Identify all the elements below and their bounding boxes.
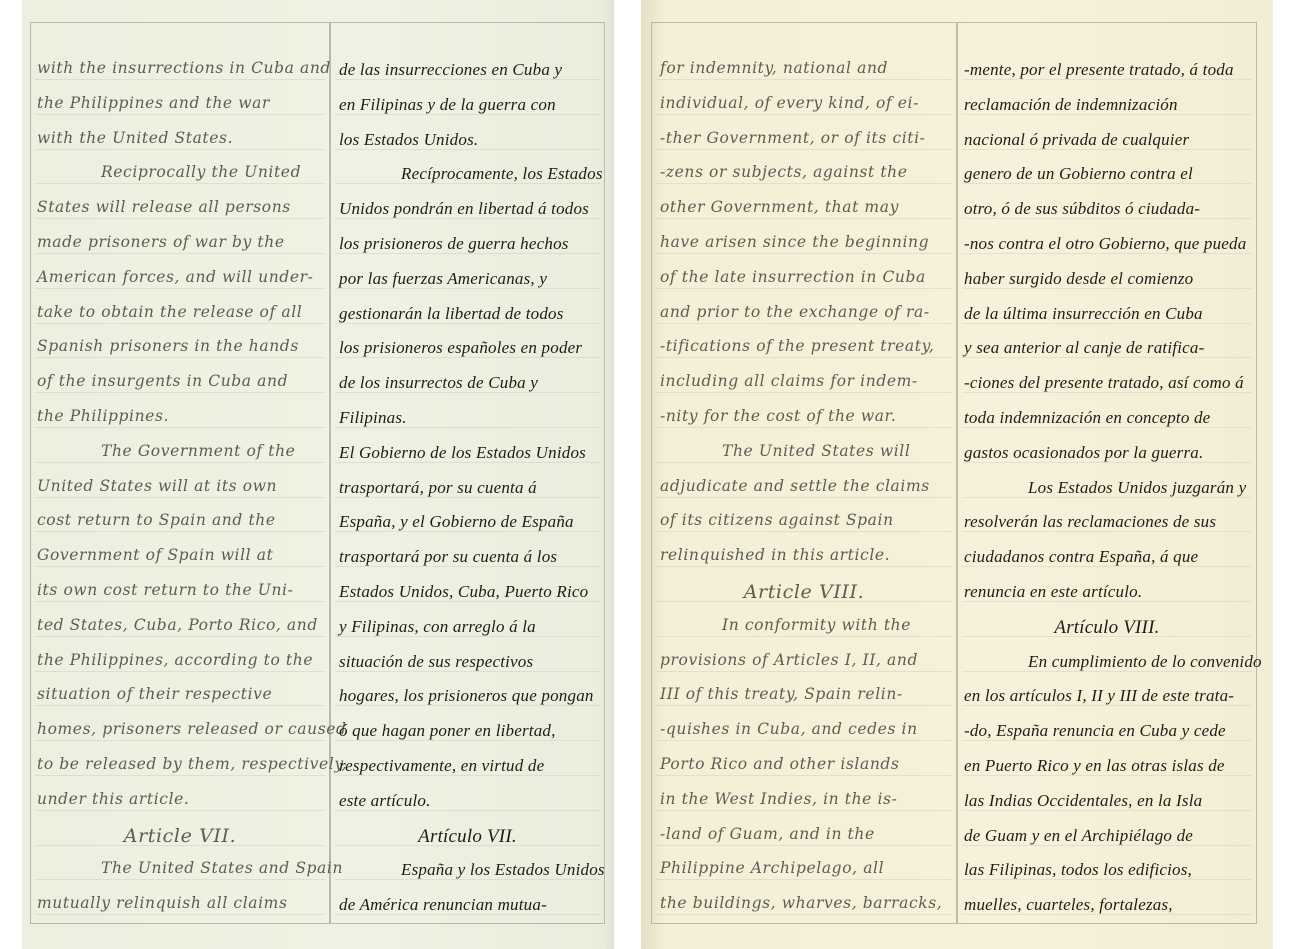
ruled-line <box>35 288 325 289</box>
manuscript-line: under this article. <box>31 792 329 808</box>
manuscript-line: en los artículos I, II y III de este tra… <box>958 687 1256 704</box>
manuscript-line: muelles, cuarteles, fortalezas, <box>958 896 1256 913</box>
manuscript-line: adjudicate and settle the claims <box>652 479 956 495</box>
ruled-line <box>335 566 600 567</box>
manuscript-line: -nity for the cost of the war. <box>652 409 956 425</box>
manuscript-line: In conformity with the <box>652 618 956 634</box>
manuscript-line: -nos contra el otro Gobierno, que pueda <box>958 235 1256 252</box>
manuscript-line: have arisen since the beginning <box>652 235 956 251</box>
right-english-column: for indemnity, national andindividual, o… <box>651 22 957 924</box>
ruled-line <box>962 601 1252 602</box>
article-heading: Artículo VII. <box>331 827 604 846</box>
ruled-line <box>656 914 952 915</box>
manuscript-line: Porto Rico and other islands <box>652 757 956 773</box>
ruled-line <box>962 357 1252 358</box>
manuscript-line: trasportará por su cuenta á los <box>331 548 604 565</box>
article-heading: Article VII. <box>31 827 329 846</box>
manuscript-line: -tifications of the present treaty, <box>652 339 956 355</box>
ruled-line <box>335 427 600 428</box>
manuscript-line: gestionarán la libertad de todos <box>331 305 604 322</box>
ruled-line <box>335 810 600 811</box>
ruled-line <box>35 114 325 115</box>
manuscript-line: las Indias Occidentales, en la Isla <box>958 792 1256 809</box>
manuscript-line: in the West Indies, in the is- <box>652 792 956 808</box>
ruled-line <box>335 497 600 498</box>
ruled-line <box>962 253 1252 254</box>
ruled-line <box>335 253 600 254</box>
manuscript-line: including all claims for indem- <box>652 374 956 390</box>
ruled-line <box>962 462 1252 463</box>
left-spanish-column: de las insurrecciones en Cuba yen Filipi… <box>330 22 605 924</box>
ruled-line <box>335 79 600 80</box>
manuscript-line: nacional ó privada de cualquier <box>958 131 1256 148</box>
manuscript-line: en Puerto Rico y en las otras islas de <box>958 757 1256 774</box>
manuscript-line: toda indemnización en concepto de <box>958 409 1256 426</box>
manuscript-line: III of this treaty, Spain relin- <box>652 687 956 703</box>
manuscript-line: -mente, por el presente tratado, á toda <box>958 61 1256 78</box>
manuscript-line: Government of Spain will at <box>31 548 329 564</box>
manuscript-line: por las fuerzas Americanas, y <box>331 270 604 287</box>
manuscript-line: trasportará, por su cuenta á <box>331 479 604 496</box>
ruled-line <box>656 462 952 463</box>
manuscript-line: with the insurrections in Cuba and <box>31 61 329 77</box>
manuscript-line: homes, prisoners released or caused <box>31 722 329 738</box>
ruled-line <box>656 323 952 324</box>
manuscript-line: United States will at its own <box>31 479 329 495</box>
manuscript-line: States will release all persons <box>31 200 329 216</box>
manuscript-line: The Government of the <box>31 444 329 460</box>
manuscript-line: the buildings, wharves, barracks, <box>652 896 956 912</box>
manuscript-line: the Philippines. <box>31 409 329 425</box>
ruled-line <box>962 845 1252 846</box>
manuscript-line: to be released by them, respectively, <box>31 757 329 773</box>
ruled-line <box>962 427 1252 428</box>
manuscript-line: El Gobierno de los Estados Unidos <box>331 444 604 461</box>
manuscript-line: haber surgido desde el comienzo <box>958 270 1256 287</box>
ruled-line <box>335 879 600 880</box>
ruled-line <box>35 914 325 915</box>
ruled-line <box>656 775 952 776</box>
ruled-line <box>656 392 952 393</box>
ruled-line <box>335 531 600 532</box>
manuscript-line: -zens or subjects, against the <box>652 165 956 181</box>
ruled-line <box>35 183 325 184</box>
manuscript-line: and prior to the exchange of ra- <box>652 305 956 321</box>
manuscript-line: -quishes in Cuba, and cedes in <box>652 722 956 738</box>
manuscript-line: Philippine Archipelago, all <box>652 861 956 877</box>
manuscript-line: take to obtain the release of all <box>31 305 329 321</box>
ruled-line <box>335 462 600 463</box>
ruled-line <box>35 601 325 602</box>
manuscript-line: The United States will <box>652 444 956 460</box>
ruled-line <box>35 740 325 741</box>
ruled-line <box>35 149 325 150</box>
ruled-line <box>962 531 1252 532</box>
article-heading: Artículo VIII. <box>958 618 1256 637</box>
manuscript-line: de América renuncian mutua- <box>331 896 604 913</box>
ruled-line <box>962 79 1252 80</box>
ruled-line <box>656 427 952 428</box>
ruled-line <box>962 740 1252 741</box>
ruled-line <box>35 497 325 498</box>
manuscript-line: resolverán las reclamaciones de sus <box>958 513 1256 530</box>
manuscript-line: for indemnity, national and <box>652 61 956 77</box>
manuscript-line: mutually relinquish all claims <box>31 896 329 912</box>
ruled-line <box>35 636 325 637</box>
manuscript-line: los prisioneros de guerra hechos <box>331 235 604 252</box>
manuscript-line: American forces, and will under- <box>31 270 329 286</box>
article-heading: Article VIII. <box>652 583 956 602</box>
ruled-line <box>656 879 952 880</box>
manuscript-line: de Guam y en el Archipiélago de <box>958 827 1256 844</box>
manuscript-line: individual, of every kind, of ei- <box>652 96 956 112</box>
manuscript-line: made prisoners of war by the <box>31 235 329 251</box>
ruled-line <box>335 392 600 393</box>
manuscript-line: the Philippines, according to the <box>31 653 329 669</box>
ruled-line <box>335 183 600 184</box>
ruled-line <box>962 497 1252 498</box>
manuscript-line: the Philippines and the war <box>31 96 329 112</box>
manuscript-line: Unidos pondrán en libertad á todos <box>331 200 604 217</box>
manuscript-line: other Government, that may <box>652 200 956 216</box>
manuscript-line: reclamación de indemnización <box>958 96 1256 113</box>
manuscript-line: España, y el Gobierno de España <box>331 513 604 530</box>
manuscript-line: situación de sus respectivos <box>331 653 604 670</box>
manuscript-line: España y los Estados Unidos <box>331 861 604 878</box>
ruled-line <box>656 566 952 567</box>
ruled-line <box>35 392 325 393</box>
manuscript-line: y sea anterior al canje de ratifica- <box>958 339 1256 356</box>
ruled-line <box>656 114 952 115</box>
manuscript-line: y Filipinas, con arreglo á la <box>331 618 604 635</box>
ruled-line <box>335 114 600 115</box>
manuscript-line: situation of their respective <box>31 687 329 703</box>
manuscript-line: of the late insurrection in Cuba <box>652 270 956 286</box>
ruled-line <box>35 357 325 358</box>
manuscript-line: genero de un Gobierno contra el <box>958 165 1256 182</box>
ruled-line <box>35 705 325 706</box>
ruled-line <box>35 810 325 811</box>
manuscript-line: Filipinas. <box>331 409 604 426</box>
ruled-line <box>35 671 325 672</box>
ruled-line <box>35 462 325 463</box>
manuscript-line: en Filipinas y de la guerra con <box>331 96 604 113</box>
manuscript-line: los Estados Unidos. <box>331 131 604 148</box>
ruled-line <box>335 288 600 289</box>
ruled-line <box>335 636 600 637</box>
manuscript-line: hogares, los prisioneros que pongan <box>331 687 604 704</box>
ruled-line <box>962 218 1252 219</box>
ruled-line <box>962 392 1252 393</box>
ruled-line <box>335 671 600 672</box>
manuscript-line: En cumplimiento de lo convenido <box>958 653 1256 670</box>
ruled-line <box>35 218 325 219</box>
ruled-line <box>962 566 1252 567</box>
ruled-line <box>35 323 325 324</box>
manuscript-line: ted States, Cuba, Porto Rico, and <box>31 618 329 634</box>
manuscript-line: los prisioneros españoles en poder <box>331 339 604 356</box>
manuscript-line: Reciprocally the United <box>31 165 329 181</box>
ruled-line <box>335 601 600 602</box>
manuscript-line: las Filipinas, todos los edificios, <box>958 861 1256 878</box>
ruled-line <box>656 357 952 358</box>
ruled-line <box>656 636 952 637</box>
manuscript-line: -ther Government, or of its citi- <box>652 131 956 147</box>
ruled-line <box>35 775 325 776</box>
ruled-line <box>962 671 1252 672</box>
ruled-line <box>962 705 1252 706</box>
manuscript-line: renuncia en este artículo. <box>958 583 1256 600</box>
ruled-line <box>335 357 600 358</box>
manuscript-line: de los insurrectos de Cuba y <box>331 374 604 391</box>
left-manuscript-page: with the insurrections in Cuba andthe Ph… <box>22 0 614 949</box>
ruled-line <box>656 497 952 498</box>
ruled-line <box>962 810 1252 811</box>
ruled-line <box>656 740 952 741</box>
manuscript-line: respectivamente, en virtud de <box>331 757 604 774</box>
manuscript-line: de la última insurrección en Cuba <box>958 305 1256 322</box>
ruled-line <box>962 323 1252 324</box>
ruled-line <box>656 79 952 80</box>
ruled-line <box>656 253 952 254</box>
manuscript-line: -land of Guam, and in the <box>652 827 956 843</box>
ruled-line <box>35 79 325 80</box>
ruled-line <box>335 149 600 150</box>
ruled-line <box>335 705 600 706</box>
right-manuscript-page: for indemnity, national andindividual, o… <box>641 0 1273 949</box>
ruled-line <box>962 775 1252 776</box>
ruled-line <box>335 914 600 915</box>
ruled-line <box>35 879 325 880</box>
right-spanish-column: -mente, por el presente tratado, á todar… <box>957 22 1257 924</box>
manuscript-line: provisions of Articles I, II, and <box>652 653 956 669</box>
ruled-line <box>656 705 952 706</box>
manuscript-line: otro, ó de sus súbditos ó ciudada- <box>958 200 1256 217</box>
ruled-line <box>656 218 952 219</box>
ruled-line <box>962 183 1252 184</box>
manuscript-line: of its citizens against Spain <box>652 513 956 529</box>
manuscript-line: de las insurrecciones en Cuba y <box>331 61 604 78</box>
ruled-line <box>35 427 325 428</box>
ruled-line <box>335 740 600 741</box>
ruled-line <box>335 218 600 219</box>
manuscript-line: Los Estados Unidos juzgarán y <box>958 479 1256 496</box>
ruled-line <box>335 323 600 324</box>
ruled-line <box>656 288 952 289</box>
manuscript-line: of the insurgents in Cuba and <box>31 374 329 390</box>
manuscript-line: este artículo. <box>331 792 604 809</box>
ruled-line <box>656 671 952 672</box>
manuscript-line: -ciones del presente tratado, así como á <box>958 374 1256 391</box>
ruled-line <box>656 845 952 846</box>
manuscript-line: cost return to Spain and the <box>31 513 329 529</box>
ruled-line <box>656 810 952 811</box>
manuscript-line: Recíprocamente, los Estados <box>331 165 604 182</box>
ruled-line <box>962 914 1252 915</box>
ruled-line <box>962 114 1252 115</box>
manuscript-line: ciudadanos contra España, á que <box>958 548 1256 565</box>
ruled-line <box>656 149 952 150</box>
ruled-line <box>335 775 600 776</box>
ruled-line <box>656 531 952 532</box>
manuscript-line: its own cost return to the Uni- <box>31 583 329 599</box>
manuscript-line: Estados Unidos, Cuba, Puerto Rico <box>331 583 604 600</box>
manuscript-line: The United States and Spain <box>31 861 329 877</box>
ruled-line <box>35 253 325 254</box>
ruled-line <box>962 879 1252 880</box>
left-english-column: with the insurrections in Cuba andthe Ph… <box>30 22 330 924</box>
manuscript-line: with the United States. <box>31 131 329 147</box>
manuscript-line: ó que hagan poner en libertad, <box>331 722 604 739</box>
ruled-line <box>962 288 1252 289</box>
ruled-line <box>962 149 1252 150</box>
manuscript-line: gastos ocasionados por la guerra. <box>958 444 1256 461</box>
ruled-line <box>656 183 952 184</box>
ruled-line <box>35 531 325 532</box>
manuscript-line: -do, España renuncia en Cuba y cede <box>958 722 1256 739</box>
ruled-line <box>35 566 325 567</box>
manuscript-line: Spanish prisoners in the hands <box>31 339 329 355</box>
manuscript-line: relinquished in this article. <box>652 548 956 564</box>
